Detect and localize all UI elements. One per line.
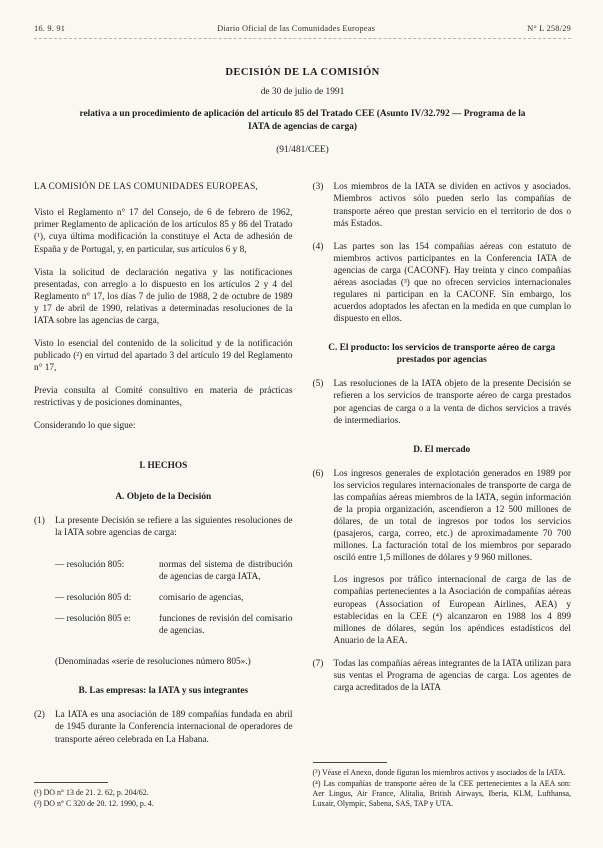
header-page-ref: N° L 258/29 [527,24,571,33]
recital-notifications: Vista la solicitud de declaración negati… [34,267,293,327]
section-heading-empresas: B. Las empresas: la IATA y sus integrant… [48,685,279,697]
resolution-desc: funciones de revisión del comisario de a… [159,613,293,637]
footnote-1: (¹) DO n° 13 de 21. 2. 62, p. 204/62. [34,788,293,798]
list-item: — resolución 805 e: funciones de revisió… [55,613,293,637]
paragraph-4-number: (4) [313,241,324,253]
paragraph-3-number: (3) [313,181,324,193]
paragraph-7-number: (7) [313,658,324,670]
decision-subject: relativa a un procedimiento de aplicació… [73,108,533,133]
paragraph-1-number: (1) [34,515,45,527]
decision-title-block: DECISIÓN DE LA COMISIÓN de 30 de julio d… [34,67,571,155]
paragraph-5-text: Las resoluciones de la IATA objeto de la… [334,379,572,425]
footnote-rule [313,762,387,763]
paragraph-2: (2) La IATA es una asociación de 189 com… [34,709,293,745]
paragraph-7: (7) Todas las compañías aéreas integrant… [313,658,572,694]
paragraph-4-text: Las partes son las 154 compañías aéreas … [334,242,572,324]
paragraph-3-text: Los miembros de la IATA se dividen en ac… [334,182,572,228]
resolution-desc: normas del sistema de distribución de ag… [159,559,293,583]
paragraph-2-number: (2) [34,709,45,721]
commission-opening: LA COMISIÓN DE LAS COMUNIDADES EUROPEAS, [34,181,293,193]
footnote-3: (³) Véase el Anexo, donde figuran los mi… [313,768,572,778]
resolution-series-note: (Denominadas «serie de resoluciones núme… [55,656,293,668]
section-heading-objeto: A. Objeto de la Decisión [48,491,279,503]
paragraph-6-text-b: Los ingresos por tráfico internacional d… [334,574,572,646]
recital-publication: Visto lo esencial del contenido de la so… [34,338,293,374]
header-journal-title: Diario Oficial de las Comunidades Europe… [65,24,527,33]
section-heading-hechos: I. HECHOS [34,460,293,472]
recital-considering: Considerando lo que sigue: [34,420,293,432]
paragraph-1: (1) La presente Decisión se refiere a la… [34,515,293,539]
recital-consultation: Previa consulta al Comité consultivo en … [34,385,293,409]
left-footnotes: (¹) DO n° 13 de 21. 2. 62, p. 204/62. (²… [34,774,293,810]
footnote-2: (²) DO n° C 320 de 20. 12. 1990, p. 4. [34,799,293,809]
list-item: — resolución 805: normas del sistema de … [55,559,293,583]
section-heading-producto: C. El producto: los servicios de transpo… [327,342,558,366]
paragraph-5-number: (5) [313,378,324,390]
paragraph-2-text: La IATA es una asociación de 189 compañí… [55,710,293,744]
decision-date: de 30 de julio de 1991 [34,87,571,97]
header-date: 16. 9. 91 [34,24,65,33]
resolution-term: — resolución 805 d: [55,592,159,604]
list-item: — resolución 805 d: comisario de agencia… [55,592,293,604]
right-footnotes: (³) Véase el Anexo, donde figuran los mi… [313,754,572,810]
paragraph-6: (6) Los ingresos generales de explotació… [313,468,572,647]
paragraph-4: (4) Las partes son las 154 compañías aér… [313,241,572,326]
paragraph-1-text: La presente Decisión se refiere a las si… [55,516,293,538]
resolution-term: — resolución 805 e: [55,613,159,637]
resolution-list: — resolución 805: normas del sistema de … [55,559,293,646]
left-column: LA COMISIÓN DE LAS COMUNIDADES EUROPEAS,… [34,181,293,810]
paragraph-5: (5) Las resoluciones de la IATA objeto d… [313,378,572,426]
footnote-4: (⁴) Las compañías de transporte aéreo de… [313,779,572,809]
recital-regulation-17: Visto el Reglamento n° 17 del Consejo, d… [34,207,293,255]
paragraph-6-number: (6) [313,468,324,480]
right-column: (3) Los miembros de la IATA se dividen e… [313,181,572,810]
paragraph-3: (3) Los miembros de la IATA se dividen e… [313,181,572,229]
resolution-desc: comisario de agencias, [159,592,293,604]
two-column-body: LA COMISIÓN DE LAS COMUNIDADES EUROPEAS,… [34,181,571,810]
paragraph-7-text: Todas las compañías aéreas integrantes d… [334,659,572,693]
journal-page: 16. 9. 91 Diario Oficial de las Comunida… [0,0,603,848]
decision-title: DECISIÓN DE LA COMISIÓN [34,67,571,78]
footnote-rule [34,782,108,783]
decision-code: (91/481/CEE) [34,145,571,155]
paragraph-6-text-a: Los ingresos generales de explotación ge… [334,469,572,564]
running-header: 16. 9. 91 Diario Oficial de las Comunida… [34,24,571,39]
resolution-term: — resolución 805: [55,559,159,583]
section-heading-mercado: D. El mercado [327,444,558,456]
